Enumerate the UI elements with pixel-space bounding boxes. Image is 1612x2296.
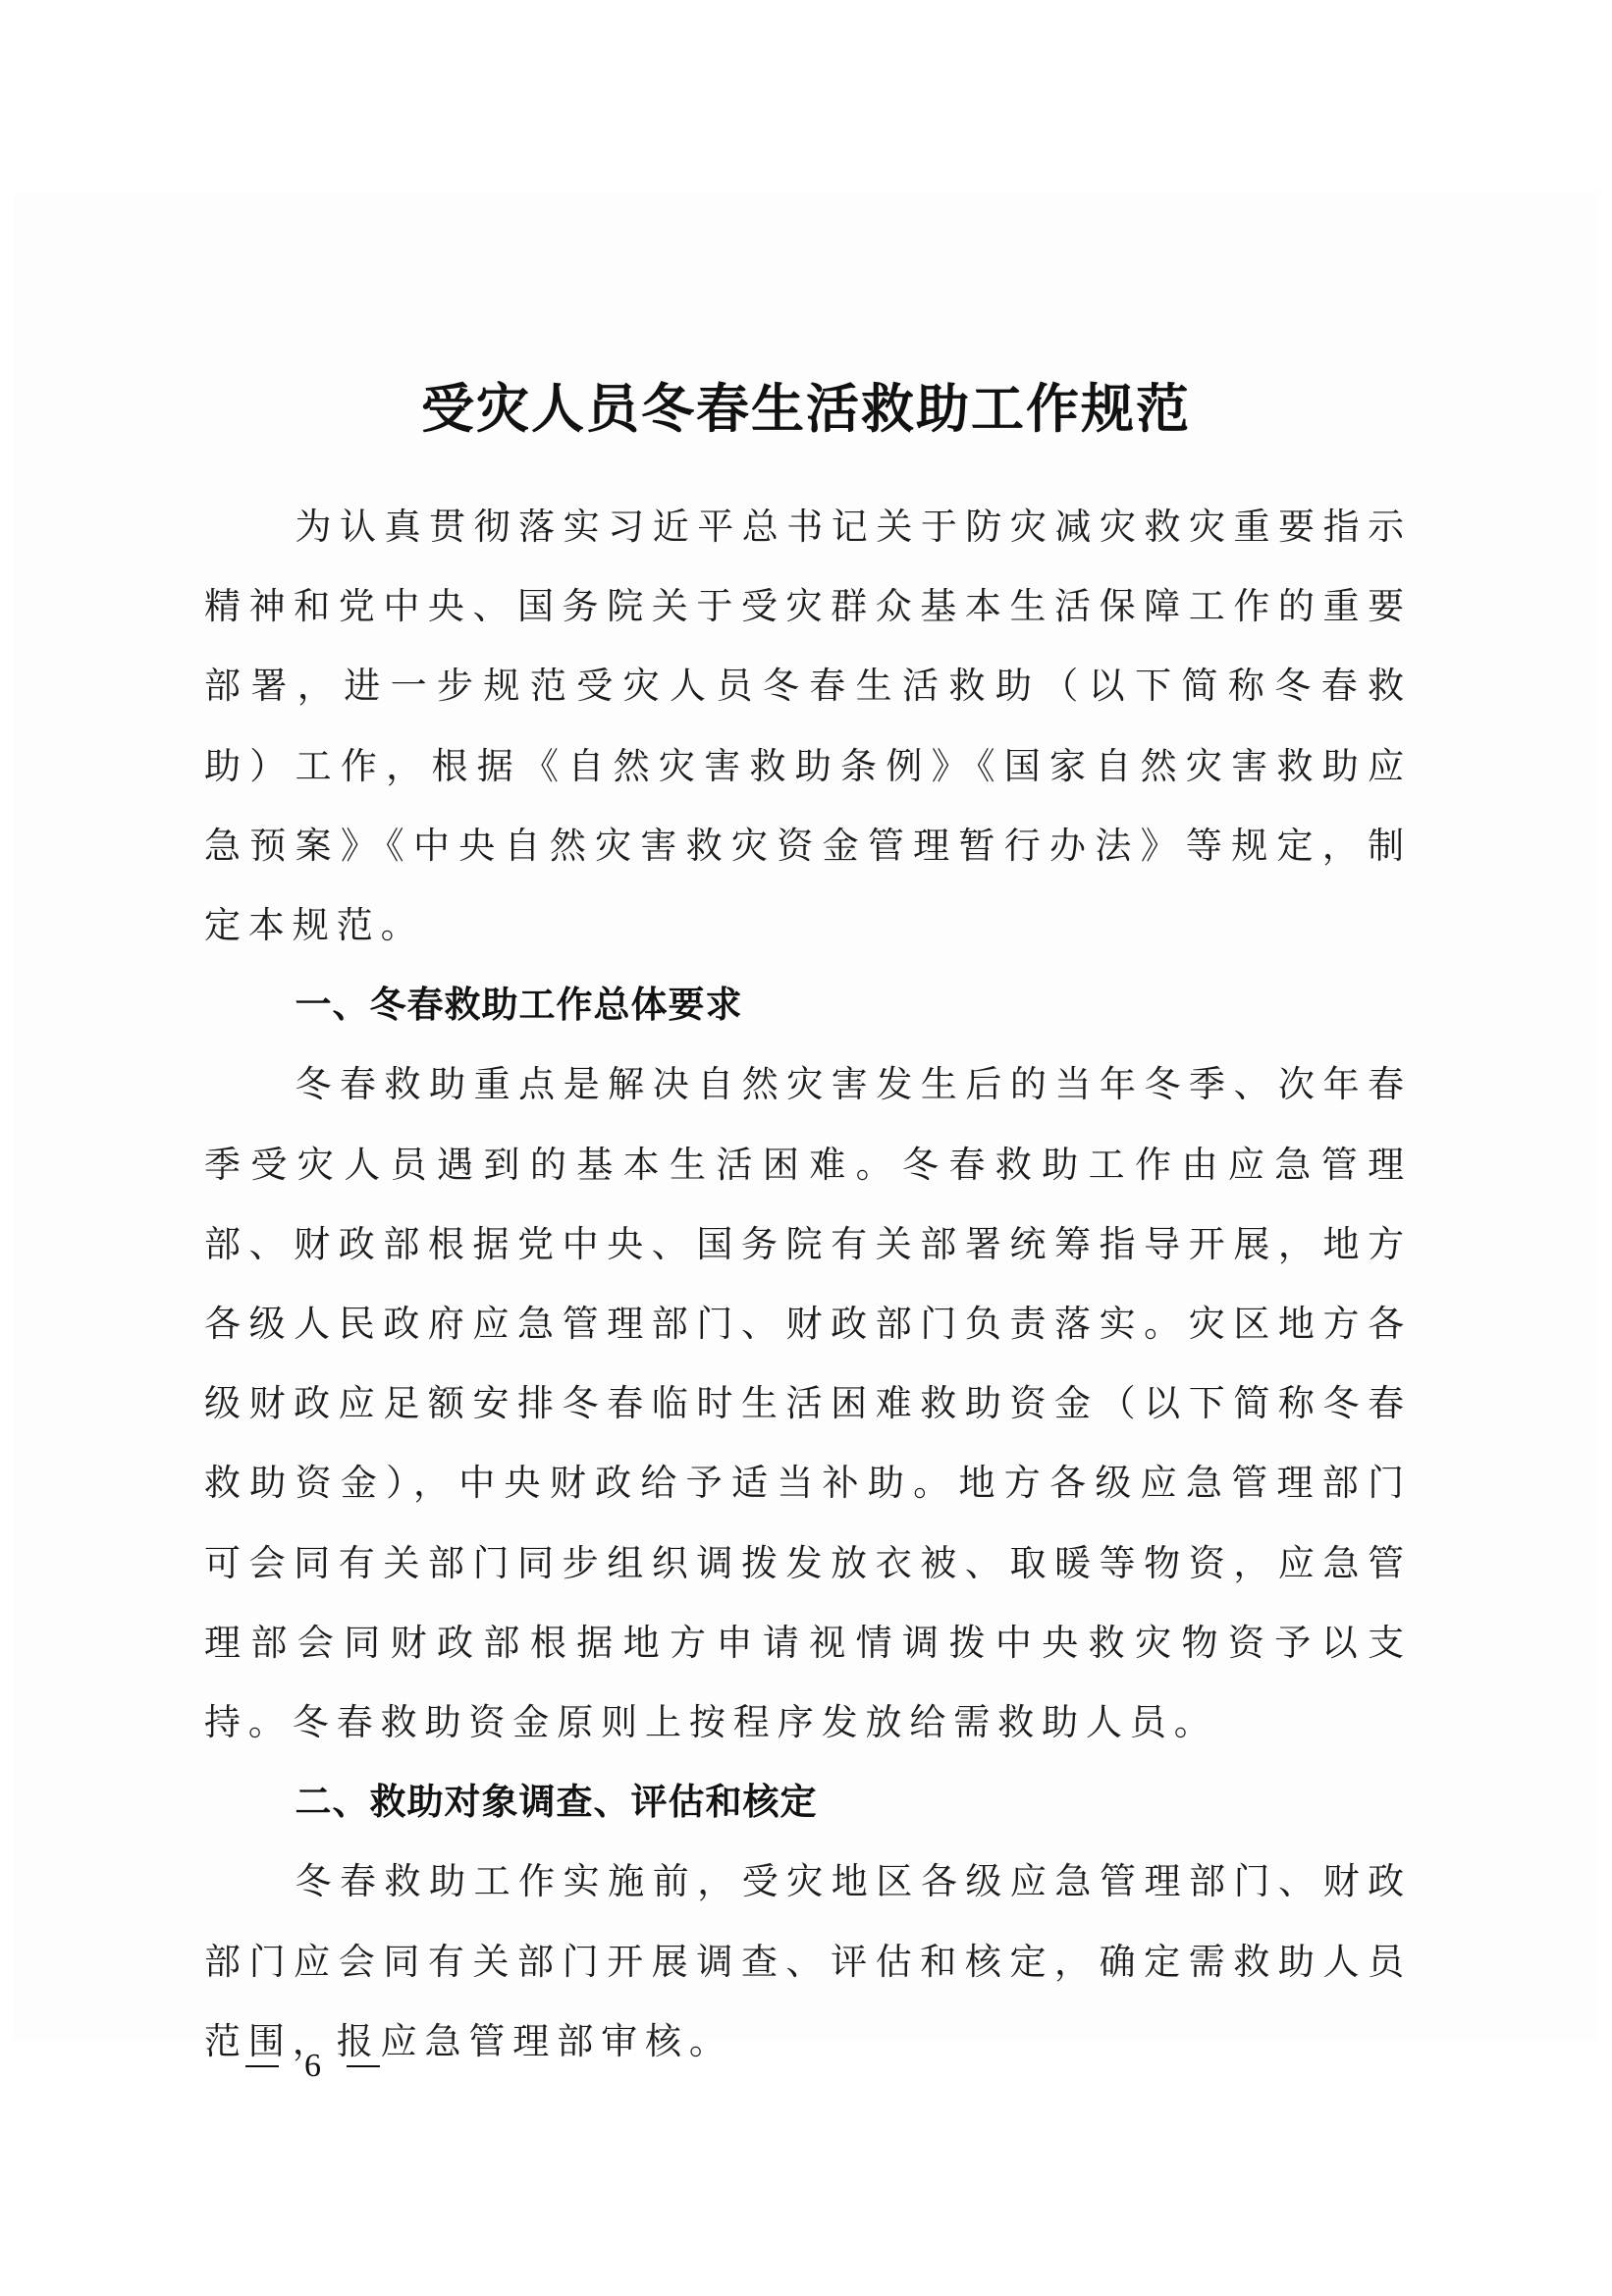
document-title: 受灾人员冬春生活救助工作规范	[0, 377, 1612, 440]
section-1-paragraph: 冬春救助重点是解决自然灾害发生后的当年冬季、次年春季受灾人员遇到的基本生活困难。…	[204, 1044, 1412, 1762]
section-2-paragraph: 冬春救助工作实施前，受灾地区各级应急管理部门、财政部门应会同有关部门开展调查、评…	[204, 1842, 1412, 2081]
dash-right	[347, 2065, 380, 2067]
section-heading-1: 一、冬春救助工作总体要求	[204, 965, 1412, 1044]
page-number: 6	[304, 2048, 321, 2085]
dash-left	[245, 2065, 279, 2067]
section-heading-2: 二、救助对象调查、评估和核定	[204, 1762, 1412, 1842]
intro-paragraph: 为认真贯彻落实习近平总书记关于防灾减灾救灾重要指示精神和党中央、国务院关于受灾群…	[204, 487, 1412, 965]
page-footer: 6	[245, 2048, 380, 2085]
document-body: 为认真贯彻落实习近平总书记关于防灾减灾救灾重要指示精神和党中央、国务院关于受灾群…	[204, 487, 1412, 2081]
